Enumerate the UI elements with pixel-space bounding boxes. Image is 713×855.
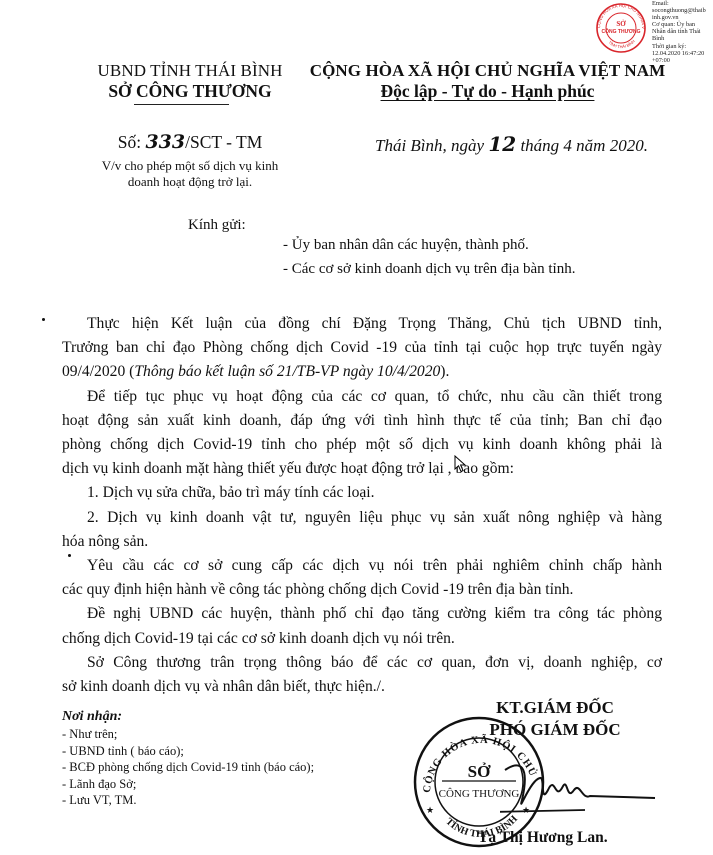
body-line: dịch vụ kinh doanh mặt hàng thiết yếu đư… <box>62 457 662 481</box>
announcement-reference: Thông báo kết luận số 21/TB-VP ngày 10/4… <box>134 363 440 380</box>
agency-parent: UBND TỈNH THÁI BÌNH <box>70 60 310 81</box>
doc-number-suffix: /SCT - TM <box>185 132 262 152</box>
document-date: Thái Bình, ngày 12 tháng 4 năm 2020. <box>375 132 675 156</box>
body-line: Sở Công thương trân trọng thông báo để c… <box>62 651 662 675</box>
handwritten-signature <box>500 760 660 820</box>
recipients-title: Nơi nhận: <box>62 708 314 726</box>
agency-name: SỞ CÔNG THƯƠNG <box>70 81 310 102</box>
addressee-item: - Ủy ban nhân dân các huyện, thành phố. <box>283 237 529 254</box>
svg-text:★: ★ <box>426 805 434 815</box>
mouse-cursor-icon <box>454 455 468 473</box>
list-item-2: 2. Dịch vụ kinh doanh vật tư, nguyên liệ… <box>62 506 662 530</box>
document-number: Số: 333/SCT - TM <box>70 131 310 153</box>
svg-text:SỞ: SỞ <box>468 762 491 781</box>
body-line: hoạt động sản xuất kinh doanh, đáp ứng v… <box>62 409 662 433</box>
recipient-item: - BCĐ phòng chống dịch Covid-19 tỉnh (bá… <box>62 759 314 776</box>
agency-underline <box>134 104 229 105</box>
recipient-item: - Lãnh đạo Sở; <box>62 776 314 793</box>
recipient-item: - UBND tỉnh ( báo cáo); <box>62 743 314 760</box>
svg-text:CÔNG THƯƠNG: CÔNG THƯƠNG <box>602 27 641 35</box>
sig-line: Cơ quan: Ủy ban <box>652 21 712 28</box>
sig-line: 12.04.2020 16:47:20 <box>652 50 712 57</box>
subject-line: doanh hoạt động trở lại. <box>70 174 310 190</box>
issuing-agency: UBND TỈNH THÁI BÌNH SỞ CÔNG THƯƠNG <box>70 60 310 102</box>
body-line: 09/4/2020 (Thông báo kết luận số 21/TB-V… <box>62 360 662 384</box>
list-item-1: 1. Dịch vụ sửa chữa, bảo trì máy tính cá… <box>62 481 662 505</box>
doc-number-prefix: Số: <box>118 132 146 152</box>
body-line: Để tiếp tục phục vụ hoạt động của các cơ… <box>62 385 662 409</box>
svg-text:SỞ: SỞ <box>616 20 626 28</box>
recipient-item: - Lưu VT, TM. <box>62 792 314 809</box>
document-body: Thực hiện Kết luận của đồng chí Đặng Trọ… <box>62 312 662 699</box>
signature-icon <box>500 760 660 820</box>
body-line: các quy định hiện hành về công tác phòng… <box>62 578 662 602</box>
list-item-2-cont: hóa nông sản. <box>62 530 662 554</box>
sig-line: Bình <box>652 35 712 42</box>
recipient-item: - Như trên; <box>62 726 314 743</box>
body-line: Trưởng ban chỉ đạo Phòng chống dịch Covi… <box>62 336 662 360</box>
recipients-list: Nơi nhận: - Như trên; - UBND tỉnh ( báo … <box>62 708 314 809</box>
sig-line: Nhân dân tỉnh Thái <box>652 28 712 35</box>
body-line: Đề nghị UBND các huyện, thành phố chỉ đạ… <box>62 602 662 626</box>
doc-number-value: 333 <box>145 131 185 153</box>
date-place: Thái Bình, ngày <box>375 136 488 155</box>
digital-signature-info: Email: socongthuong@thaib inh.gov.vn Cơ … <box>652 0 712 64</box>
motto: Độc lập - Tự do - Hạnh phúc <box>290 81 685 102</box>
body-line: Yêu cầu các cơ sở cung cấp các dịch vụ n… <box>62 554 662 578</box>
date-day: 12 <box>488 132 516 156</box>
body-line: chống dịch Covid-19 tại các cơ sở kinh d… <box>62 627 662 651</box>
country-name: CỘNG HÒA XÃ HỘI CHỦ NGHĨA VIỆT NAM <box>290 60 685 81</box>
red-seal-icon: CỘNG HÒA XÃ HỘI CHỦ NGHĨA VIỆT NAM TỈNH … <box>592 2 650 54</box>
national-motto: CỘNG HÒA XÃ HỘI CHỦ NGHĨA VIỆT NAM Độc l… <box>290 60 685 102</box>
digital-signature-stamp: CỘNG HÒA XÃ HỘI CHỦ NGHĨA VIỆT NAM TỈNH … <box>592 2 650 54</box>
body-text: ). <box>440 363 449 380</box>
body-line: phòng chống dịch Covid-19 tỉnh cho phép … <box>62 433 662 457</box>
body-line: Thực hiện Kết luận của đồng chí Đặng Trọ… <box>62 312 662 336</box>
scan-speck <box>42 318 45 321</box>
document-subject: V/v cho phép một số dịch vụ kinh doanh h… <box>70 158 310 190</box>
signer-name: Tạ Thị Hương Lan. <box>478 829 608 847</box>
sig-line: Email: <box>652 0 712 7</box>
subject-line: V/v cho phép một số dịch vụ kinh <box>70 158 310 174</box>
addressees-label: Kính gửi: <box>188 217 246 234</box>
date-month-year: tháng 4 năm 2020. <box>516 136 648 155</box>
body-line: sở kinh doanh dịch vụ và nhân dân biết, … <box>62 675 662 699</box>
addressee-item: - Các cơ sở kinh doanh dịch vụ trên địa … <box>283 261 575 278</box>
sig-line: socongthuong@thaib <box>652 7 712 14</box>
body-text: 09/4/2020 ( <box>62 363 134 380</box>
sig-line: Thời gian ký: <box>652 43 712 50</box>
